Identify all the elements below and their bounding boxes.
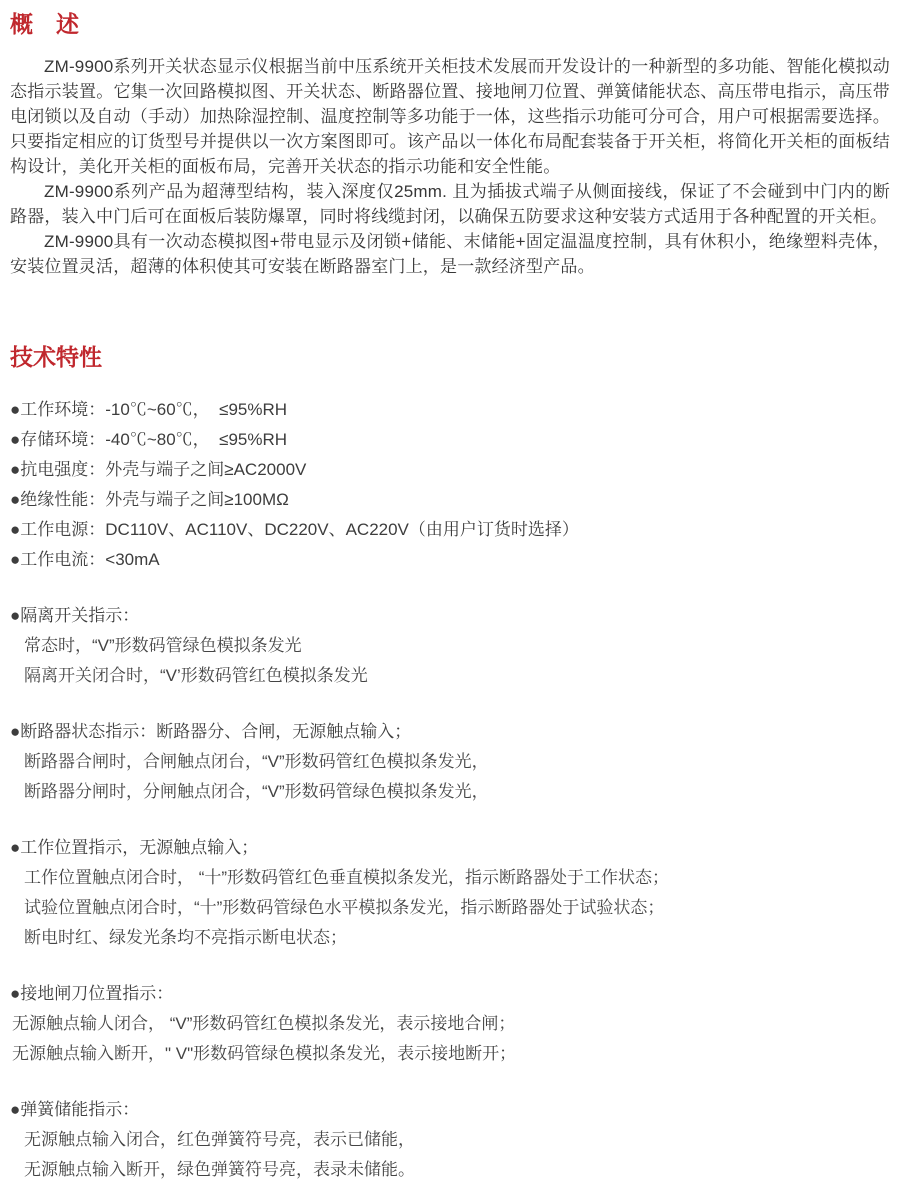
indicator-group-breaker-status: ●断路器状态指示：断路器分、合闸，无源触点输入； 断路器合闸时，合闸触点闭台，“… bbox=[10, 717, 890, 807]
group-line: 无源触点输人闭合， “V”形数码管红色模拟条发光，表示接地合闸； bbox=[10, 1009, 890, 1039]
spec-item-working-current: ●工作电流：<30mA bbox=[10, 545, 890, 575]
section-overview: 概 述 ZM-9900系列开关状态显示仪根据当前中压系统开关柜技术发展而开发设计… bbox=[10, 8, 890, 279]
tech-title: 技术特性 bbox=[10, 341, 890, 373]
group-heading: ●接地闸刀位置指示： bbox=[10, 979, 890, 1009]
section-tech-features: 技术特性 ●工作环境：-10℃~60℃， ≤95%RH ●存储环境：-40℃~8… bbox=[10, 341, 890, 1185]
group-line: 断路器分闸时，分闸触点闭合，“V”形数码管绿色模拟条发光， bbox=[10, 777, 890, 807]
overview-title: 概 述 bbox=[10, 8, 890, 40]
group-line: 常态时，“V”形数码管绿色模拟条发光 bbox=[10, 631, 890, 661]
spec-item-storage-env: ●存储环境：-40℃~80℃， ≤95%RH bbox=[10, 425, 890, 455]
spec-item-power-supply: ●工作电源：DC110V、AC110V、DC220V、AC220V（由用户订货时… bbox=[10, 515, 890, 545]
group-line: 试验位置触点闭合时，“十”形数码管绿色水平模拟条发光，指示断路器处于试验状态； bbox=[10, 893, 890, 923]
spec-item-withstand-voltage: ●抗电强度：外壳与端子之间≥AC2000V bbox=[10, 455, 890, 485]
overview-body: ZM-9900系列开关状态显示仪根据当前中压系统开关柜技术发展而开发设计的一种新… bbox=[10, 54, 890, 279]
indicator-group-work-position: ●工作位置指示，无源触点输入； 工作位置触点闭合时， “十”形数码管红色垂直模拟… bbox=[10, 833, 890, 953]
group-line: 隔离开关闭合时，“V’形数码管红色模拟条发光 bbox=[10, 661, 890, 691]
document-page: 概 述 ZM-9900系列开关状态显示仪根据当前中压系统开关柜技术发展而开发设计… bbox=[0, 0, 900, 1185]
overview-paragraph: ZM-9900具有一次动态模拟图+带电显示及闭锁+储能、末储能+固定温温度控制，… bbox=[10, 229, 890, 279]
group-heading: ●弹簧储能指示： bbox=[10, 1095, 890, 1125]
overview-paragraph: ZM-9900系列开关状态显示仪根据当前中压系统开关柜技术发展而开发设计的一种新… bbox=[10, 54, 890, 179]
indicator-group-isolator: ●隔离开关指示： 常态时，“V”形数码管绿色模拟条发光 隔离开关闭合时，“V’形… bbox=[10, 601, 890, 691]
spec-item-insulation: ●绝缘性能：外壳与端子之间≥100MΩ bbox=[10, 485, 890, 515]
group-line: 工作位置触点闭合时， “十”形数码管红色垂直模拟条发光，指示断路器处于工作状态； bbox=[10, 863, 890, 893]
group-line: 断路器合闸时，合闸触点闭台，“V”形数码管红色模拟条发光， bbox=[10, 747, 890, 777]
spec-item-work-env: ●工作环境：-10℃~60℃， ≤95%RH bbox=[10, 395, 890, 425]
group-line: 断电时红、绿发光条均不亮指示断电状态； bbox=[10, 923, 890, 953]
group-line: 无源触点输入断开，" V"形数码管绿色模拟条发光，表示接地断开； bbox=[10, 1039, 890, 1069]
group-heading: ●隔离开关指示： bbox=[10, 601, 890, 631]
group-line: 无源触点输入断开，绿色弹簧符号亮，表录未储能。 bbox=[10, 1155, 890, 1185]
group-heading: ●断路器状态指示：断路器分、合闸，无源触点输入； bbox=[10, 717, 890, 747]
indicator-group-earthing-switch: ●接地闸刀位置指示： 无源触点输人闭合， “V”形数码管红色模拟条发光，表示接地… bbox=[10, 979, 890, 1069]
indicator-group-spring-energy: ●弹簧储能指示： 无源触点输入闭合，红色弹簧符号亮，表示已储能， 无源触点输入断… bbox=[10, 1095, 890, 1185]
overview-paragraph: ZM-9900系列产品为超薄型结构，装入深度仅25mm. 且为插拔式端子从侧面接… bbox=[10, 179, 890, 229]
spec-list: ●工作环境：-10℃~60℃， ≤95%RH ●存储环境：-40℃~80℃， ≤… bbox=[10, 395, 890, 575]
group-heading: ●工作位置指示，无源触点输入； bbox=[10, 833, 890, 863]
group-line: 无源触点输入闭合，红色弹簧符号亮，表示已储能， bbox=[10, 1125, 890, 1155]
